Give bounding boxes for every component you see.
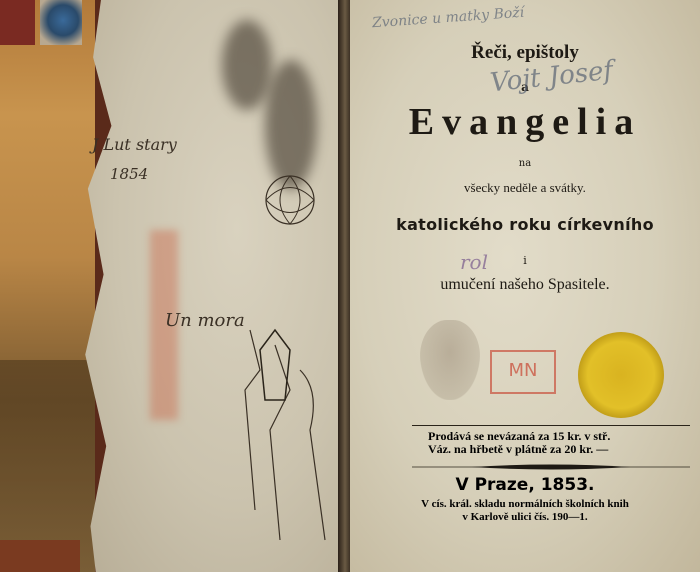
imprint-city-year: V Praze, 1853. xyxy=(350,475,700,495)
title-line-8: umučení našeho Spasitele. xyxy=(350,276,700,294)
book-photograph: J Lut stary 1854 Un mora Řeči, epištoly … xyxy=(0,0,700,572)
title-line-5: všecky neděle a svátky. xyxy=(350,180,700,196)
title-line-1: Řeči, epištoly xyxy=(350,42,700,64)
price-line-2: Váz. na hřbetě v plátně za 20 kr. — xyxy=(428,442,608,457)
handwriting: 1854 xyxy=(110,165,148,183)
gold-eagle-seal-stamp xyxy=(578,332,664,418)
title-line-6: katolického roku církevního xyxy=(350,215,700,234)
red-rectangular-stamp: MN xyxy=(490,350,556,394)
imprint-publisher-2: v Karlově ulici čís. 190—1. xyxy=(350,511,700,523)
bishop-sketch xyxy=(230,310,340,550)
title-line-4: na xyxy=(350,158,700,169)
cover-marbled-paper-fragment xyxy=(40,0,82,45)
ink-blot xyxy=(222,20,272,110)
handwriting: J Lut stary xyxy=(92,135,177,154)
pencil-inscription: rol xyxy=(460,250,488,274)
rule-line xyxy=(412,425,690,426)
rosette-drawing xyxy=(250,170,330,230)
ornamental-rule xyxy=(412,464,690,470)
bearded-man-sketch xyxy=(420,320,480,400)
title-line-7: i xyxy=(350,254,700,267)
imprint-publisher-1: V cís. král. skladu normálních školních … xyxy=(350,498,700,510)
cover-bottom-edge xyxy=(0,540,80,572)
cover-red-corner xyxy=(0,0,35,45)
main-title: Evangelia xyxy=(350,100,700,144)
